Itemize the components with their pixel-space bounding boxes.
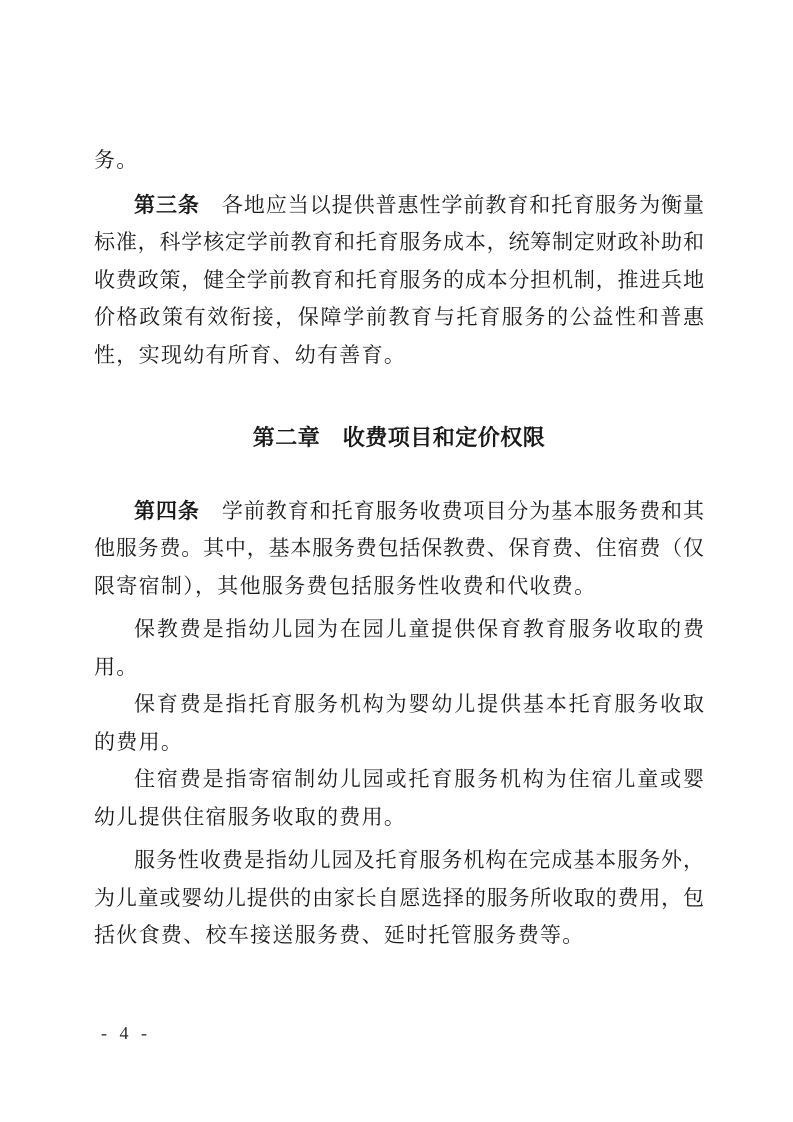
article-4-paragraph: 第四条 学前教育和托育服务收费项目分为基本服务费和其他服务费。其中，基本服务费包…: [94, 493, 704, 606]
line-text: 服务性收费是指幼儿园及托育服务机构在完成基本服务外，: [134, 848, 704, 872]
text-line: 限寄宿制），其他服务费包括服务性收费和代收费。: [94, 568, 704, 606]
document-content: 务。第三条 各地应当以提供普惠性学前教育和托育服务为衡量标准，科学核定学前教育和…: [94, 142, 704, 955]
text-line: 保教费是指幼儿园为在园儿童提供保育教育服务收取的费: [94, 611, 704, 649]
text-line: 保育费是指托育服务机构为婴幼儿提供基本托育服务收取: [94, 686, 704, 724]
line-text: 限寄宿制），其他服务费包括服务性收费和代收费。: [94, 574, 596, 598]
text-line: 他服务费。其中，基本服务费包括保教费、保育费、住宿费（仅: [94, 530, 704, 568]
text-line: 服务性收费是指幼儿园及托育服务机构在完成基本服务外，: [94, 842, 704, 880]
text-line: 幼儿提供住宿服务收取的费用。: [94, 799, 704, 837]
line-text: 保育费是指托育服务机构为婴幼儿提供基本托育服务收取: [134, 692, 704, 716]
line-text: 的费用。: [94, 730, 183, 754]
text-line: 性，实现幼有所育、幼有善育。: [94, 337, 704, 375]
text-line: 用。: [94, 649, 704, 687]
baojiaofei-definition-paragraph: 保教费是指幼儿园为在园儿童提供保育教育服务收取的费用。: [94, 611, 704, 686]
line-text: 学前教育和托育服务收费项目分为基本服务费和其: [200, 499, 704, 523]
line-text: 价格政策有效衔接，保障学前教育与托育服务的公益性和普惠: [94, 305, 704, 329]
text-line: 标准，科学核定学前教育和托育服务成本，统筹制定财政补助和: [94, 224, 704, 262]
line-text: 用。: [94, 655, 139, 679]
text-line: 价格政策有效衔接，保障学前教育与托育服务的公益性和普惠: [94, 299, 704, 337]
article-3-paragraph: 第三条 各地应当以提供普惠性学前教育和托育服务为衡量标准，科学核定学前教育和托育…: [94, 187, 704, 375]
baoyufei-definition-paragraph: 保育费是指托育服务机构为婴幼儿提供基本托育服务收取的费用。: [94, 686, 704, 761]
continuation-paragraph: 务。: [94, 142, 704, 180]
page-number: - 4 -: [101, 1021, 151, 1045]
line-text: 括伙食费、校车接送服务费、延时托管服务费等。: [94, 923, 585, 947]
line-text: 他服务费。其中，基本服务费包括保教费、保育费、住宿费（仅: [94, 536, 704, 560]
line-text: 保教费是指幼儿园为在园儿童提供保育教育服务收取的费: [134, 617, 704, 641]
text-line: 务。: [94, 142, 704, 180]
line-text: 性，实现幼有所育、幼有善育。: [94, 343, 406, 367]
line-text: 标准，科学核定学前教育和托育服务成本，统筹制定财政补助和: [94, 230, 704, 254]
text-line: 括伙食费、校车接送服务费、延时托管服务费等。: [94, 917, 704, 955]
line-text: 各地应当以提供普惠性学前教育和托育服务为衡量: [200, 193, 704, 217]
text-line: 的费用。: [94, 724, 704, 762]
article-number-label: 第四条: [134, 499, 200, 523]
line-text: 住宿费是指寄宿制幼儿园或托育服务机构为住宿儿童或婴: [134, 767, 704, 791]
article-number-label: 第三条: [134, 193, 200, 217]
text-line: 住宿费是指寄宿制幼儿园或托育服务机构为住宿儿童或婴: [94, 761, 704, 799]
chapter-2-heading: 第二章 收费项目和定价权限: [94, 419, 704, 457]
line-text: 务。: [94, 148, 139, 172]
text-line: 第三条 各地应当以提供普惠性学前教育和托育服务为衡量: [94, 187, 704, 225]
text-line: 收费政策，健全学前教育和托育服务的成本分担机制，推进兵地: [94, 262, 704, 300]
line-text: 收费政策，健全学前教育和托育服务的成本分担机制，推进兵地: [94, 268, 704, 292]
zhusufei-definition-paragraph: 住宿费是指寄宿制幼儿园或托育服务机构为住宿儿童或婴幼儿提供住宿服务收取的费用。: [94, 761, 704, 836]
text-line: 第四条 学前教育和托育服务收费项目分为基本服务费和其: [94, 493, 704, 531]
text-line: 为儿童或婴幼儿提供的由家长自愿选择的服务所收取的费用，包: [94, 880, 704, 918]
document-page: 务。第三条 各地应当以提供普惠性学前教育和托育服务为衡量标准，科学核定学前教育和…: [0, 0, 793, 1122]
line-text: 幼儿提供住宿服务收取的费用。: [94, 805, 406, 829]
service-fee-definition-paragraph: 服务性收费是指幼儿园及托育服务机构在完成基本服务外，为儿童或婴幼儿提供的由家长自…: [94, 842, 704, 955]
line-text: 为儿童或婴幼儿提供的由家长自愿选择的服务所收取的费用，包: [94, 886, 704, 910]
